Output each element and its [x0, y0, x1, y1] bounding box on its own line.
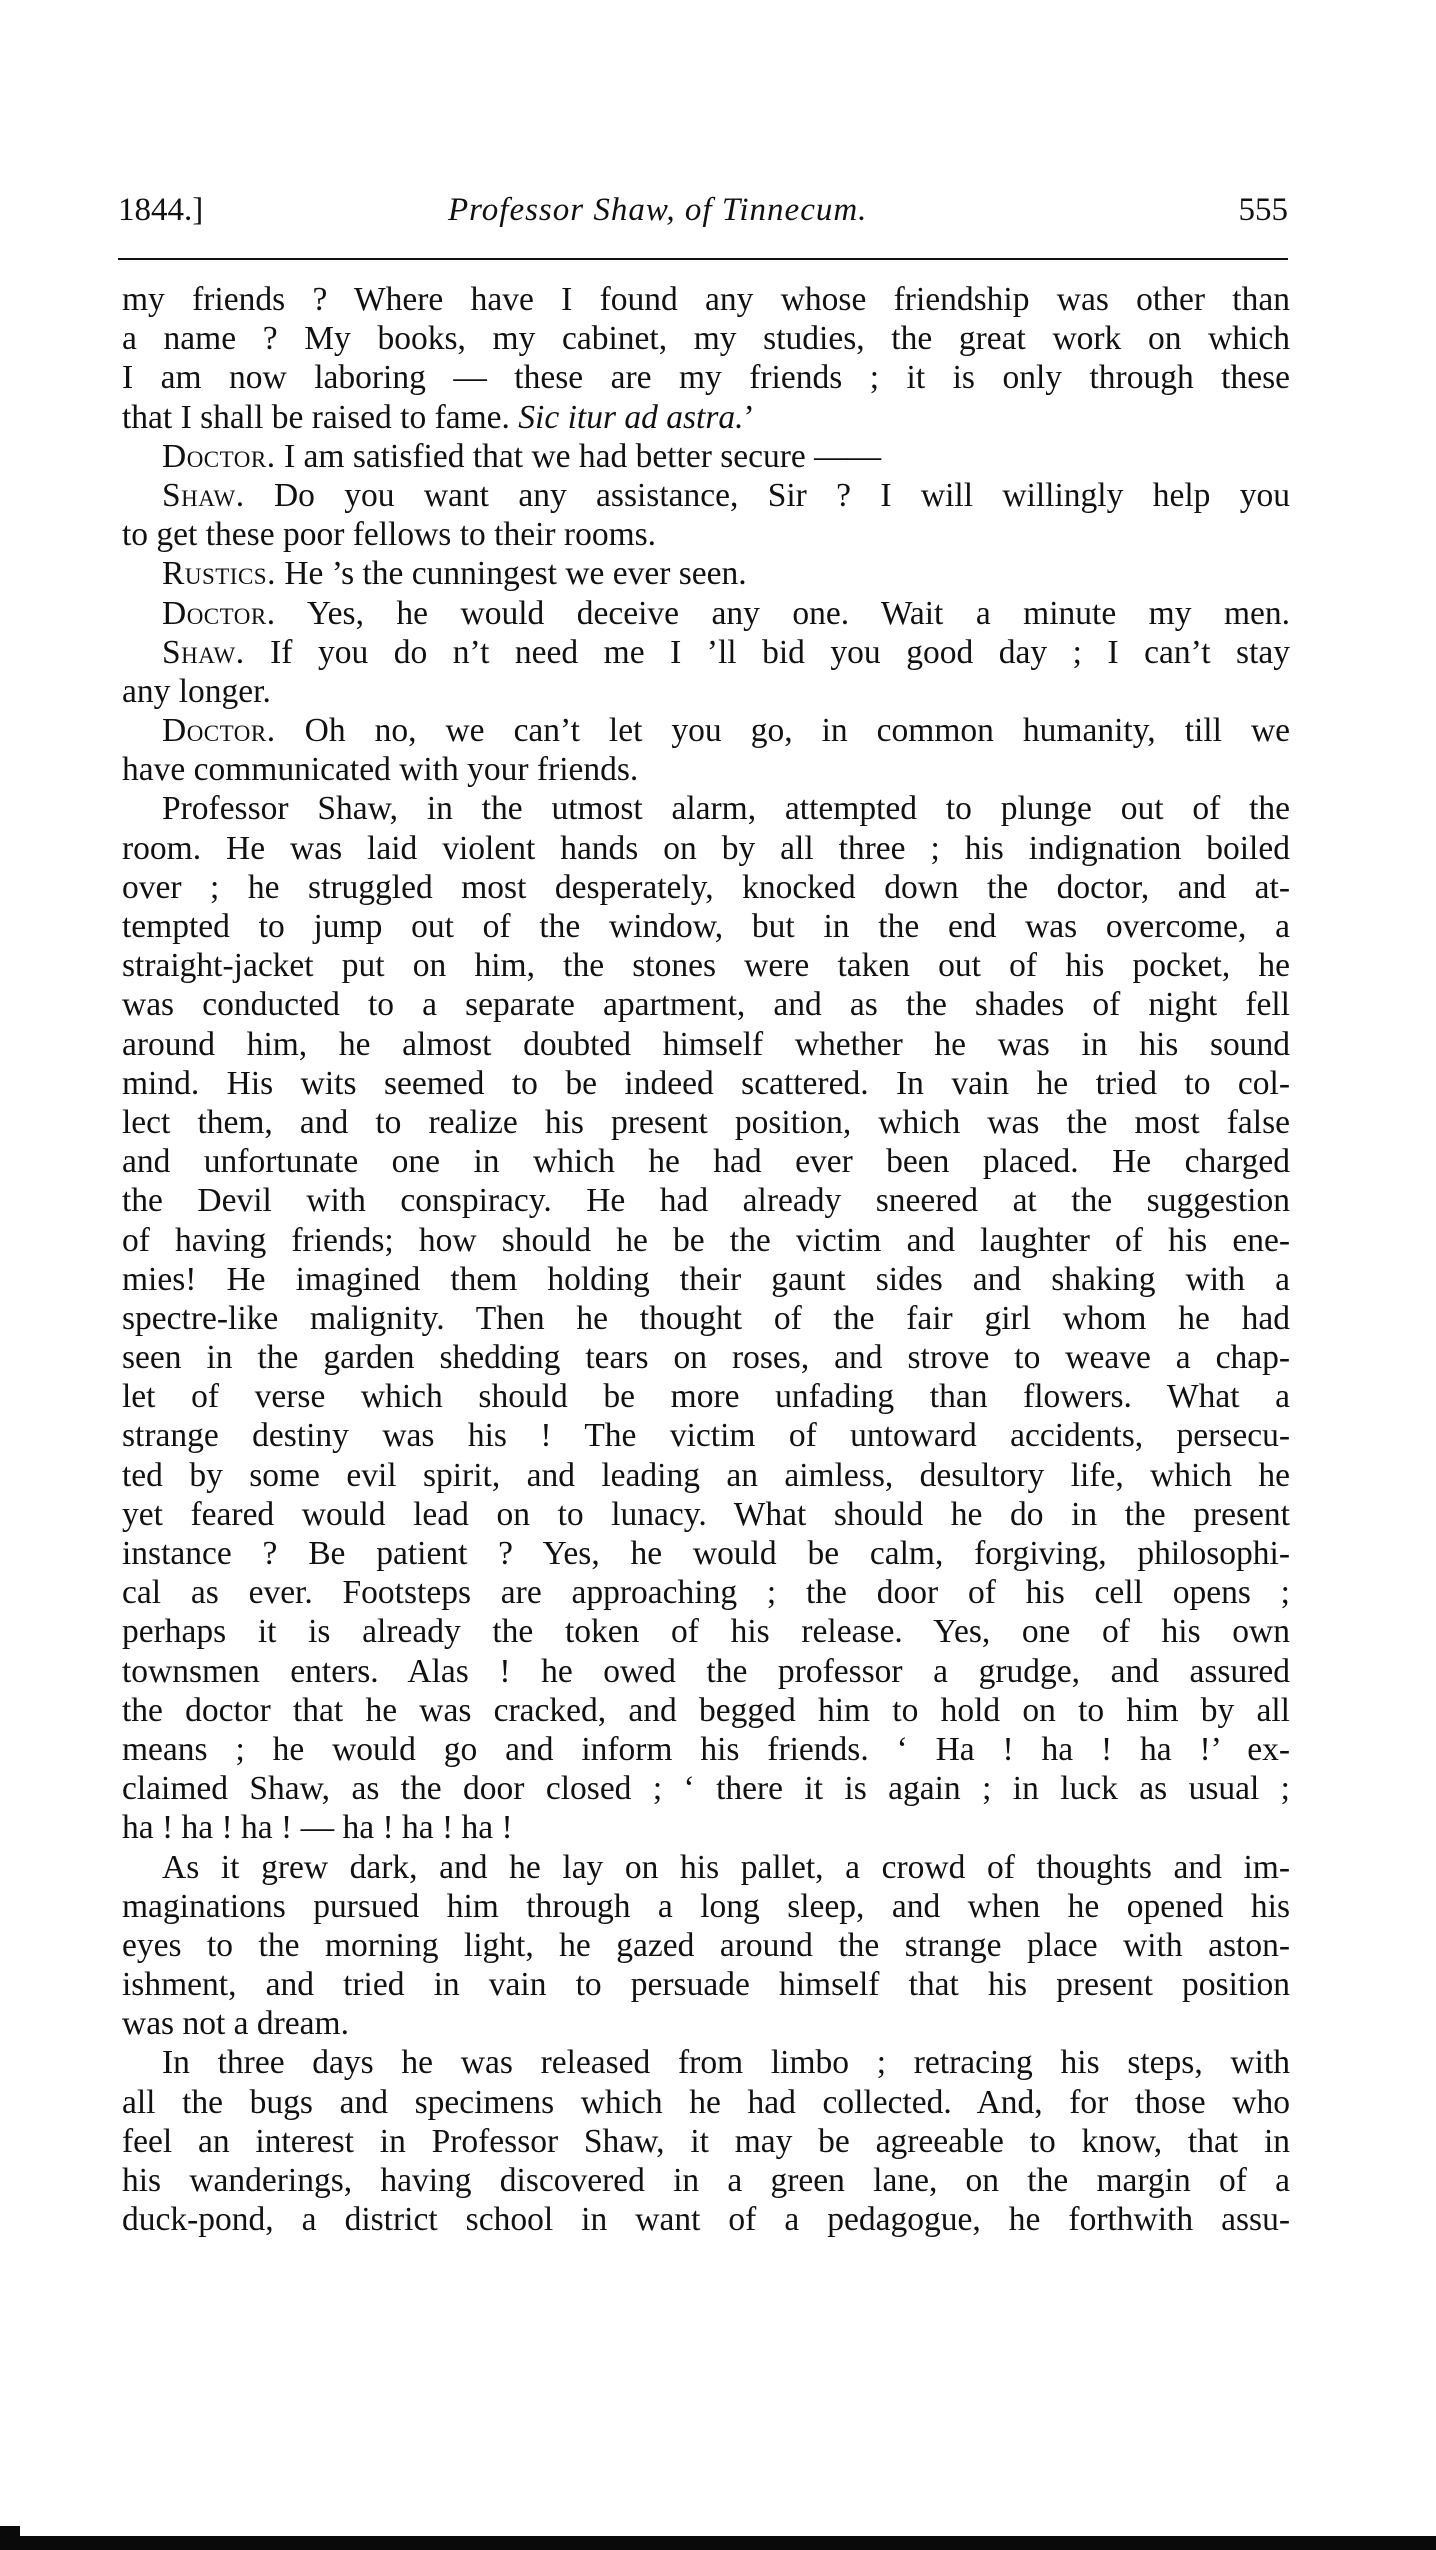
speaker-name: Doctor.	[162, 438, 276, 475]
text-line: to get these poor fellows to their rooms…	[122, 515, 1290, 554]
speaker-name: Rustics.	[162, 555, 276, 592]
text-line: spectre-like malignity. Then he thought …	[122, 1299, 1290, 1338]
line-text: instance ? Be patient ? Yes, he would be…	[122, 1535, 1290, 1572]
text-line: the Devil with conspiracy. He had alread…	[122, 1181, 1290, 1220]
line-text: all the bugs and specimens which he had …	[122, 2084, 1290, 2121]
text-line: Rustics. He ’s the cunningest we ever se…	[122, 554, 1290, 593]
line-text: a name ? My books, my cabinet, my studie…	[122, 320, 1290, 357]
text-line: my friends ? Where have I found any whos…	[122, 280, 1290, 319]
line-text: straight-jacket put on him, the stones w…	[122, 947, 1290, 984]
line-text: townsmen enters. Alas ! he owed the prof…	[122, 1653, 1290, 1690]
text-line: ted by some evil spirit, and leading an …	[122, 1456, 1290, 1495]
line-text: means ; he would go and inform his frien…	[122, 1731, 1290, 1768]
text-line: feel an interest in Professor Shaw, it m…	[122, 2122, 1290, 2161]
line-text: strange destiny was his ! The victim of …	[122, 1417, 1290, 1454]
text-line: duck-pond, a district school in want of …	[122, 2200, 1290, 2239]
running-head: 1844.] Professor Shaw, of Tinnecum. 555	[118, 190, 1288, 230]
line-text: seen in the garden shedding tears on ros…	[122, 1339, 1290, 1376]
text-line: ishment, and tried in vain to persuade h…	[122, 1965, 1290, 2004]
speaker-name: Shaw.	[162, 634, 245, 671]
line-text: Oh no, we can’t let you go, in common hu…	[276, 712, 1290, 749]
text-line: was not a dream.	[122, 2004, 1290, 2043]
line-text: In three days he was released from limbo…	[162, 2044, 1290, 2081]
line-text: ted by some evil spirit, and leading an …	[122, 1457, 1290, 1494]
line-text: have communicated with your friends.	[122, 751, 638, 788]
line-text: I am satisfied that we had better secure…	[276, 438, 882, 475]
page-bottom-edge	[0, 2536, 1436, 2550]
speaker-name: Doctor.	[162, 595, 276, 632]
line-text: I am now laboring — these are my friends…	[122, 359, 1290, 396]
text-line: Shaw. Do you want any assistance, Sir ? …	[122, 476, 1290, 515]
line-text: duck-pond, a district school in want of …	[122, 2201, 1290, 2238]
line-text: If you do n’t need me I ’ll bid you good…	[245, 634, 1290, 671]
line-text: feel an interest in Professor Shaw, it m…	[122, 2123, 1290, 2160]
line-text: As it grew dark, and he lay on his palle…	[162, 1849, 1290, 1886]
line-text: was not a dream.	[122, 2005, 349, 2042]
line-text: cal as ever. Footsteps are approaching ;…	[122, 1574, 1290, 1611]
line-text: room. He was laid violent hands on by al…	[122, 830, 1290, 867]
text-line: let of verse which should be more unfadi…	[122, 1377, 1290, 1416]
text-line: ha ! ha ! ha ! — ha ! ha ! ha !	[122, 1808, 1290, 1847]
line-text: ha ! ha ! ha ! — ha ! ha ! ha !	[122, 1809, 513, 1846]
text-line: As it grew dark, and he lay on his palle…	[122, 1848, 1290, 1887]
line-text: of having friends; how should he be the …	[122, 1222, 1290, 1259]
line-text: to get these poor fellows to their rooms…	[122, 516, 656, 553]
line-text: Yes, he would deceive any one. Wait a mi…	[276, 595, 1290, 632]
text-line: Doctor. I am satisfied that we had bette…	[122, 437, 1290, 476]
line-text: He ’s the cunningest we ever seen.	[276, 555, 747, 592]
line-text: ishment, and tried in vain to persuade h…	[122, 1966, 1290, 2003]
latin-quote: Sic itur ad astra.	[518, 399, 743, 436]
text-line: have communicated with your friends.	[122, 750, 1290, 789]
line-text: yet feared would lead on to lunacy. What…	[122, 1496, 1290, 1533]
speaker-name: Doctor.	[162, 712, 276, 749]
line-text: let of verse which should be more unfadi…	[122, 1378, 1290, 1415]
line-text: and unfortunate one in which he had ever…	[122, 1143, 1290, 1180]
body-text: my friends ? Where have I found any whos…	[122, 280, 1290, 2239]
text-line: In three days he was released from limbo…	[122, 2043, 1290, 2082]
book-page: 1844.] Professor Shaw, of Tinnecum. 555 …	[0, 0, 1436, 2550]
line-text: over ; he struggled most desperately, kn…	[122, 869, 1290, 906]
text-line: Professor Shaw, in the utmost alarm, att…	[122, 789, 1290, 828]
text-line: yet feared would lead on to lunacy. What…	[122, 1495, 1290, 1534]
line-text: lect them, and to realize his present po…	[122, 1104, 1290, 1141]
text-line: instance ? Be patient ? Yes, he would be…	[122, 1534, 1290, 1573]
line-text: the doctor that he was cracked, and begg…	[122, 1692, 1290, 1729]
line-text: spectre-like malignity. Then he thought …	[122, 1300, 1290, 1337]
line-text: my friends ? Where have I found any whos…	[122, 281, 1290, 318]
text-line: the doctor that he was cracked, and begg…	[122, 1691, 1290, 1730]
text-line: Doctor. Oh no, we can’t let you go, in c…	[122, 711, 1290, 750]
text-line: strange destiny was his ! The victim of …	[122, 1416, 1290, 1455]
line-text: around him, he almost doubted himself wh…	[122, 1026, 1290, 1063]
line-text: his wanderings, having discovered in a g…	[122, 2162, 1290, 2199]
text-line: lect them, and to realize his present po…	[122, 1103, 1290, 1142]
line-text: was conducted to a separate apartment, a…	[122, 986, 1290, 1023]
text-line: was conducted to a separate apartment, a…	[122, 985, 1290, 1024]
line-text: mies! He imagined them holding their gau…	[122, 1261, 1290, 1298]
line-text: maginations pursued him through a long s…	[122, 1888, 1290, 1925]
line-text: ’	[744, 399, 755, 436]
text-line: and unfortunate one in which he had ever…	[122, 1142, 1290, 1181]
text-line: his wanderings, having discovered in a g…	[122, 2161, 1290, 2200]
running-head-title: Professor Shaw, of Tinnecum.	[448, 190, 867, 230]
text-line: townsmen enters. Alas ! he owed the prof…	[122, 1652, 1290, 1691]
line-text: claimed Shaw, as the door closed ; ‘ the…	[122, 1770, 1290, 1807]
line-text: tempted to jump out of the window, but i…	[122, 908, 1290, 945]
text-line: Shaw. If you do n’t need me I ’ll bid yo…	[122, 633, 1290, 672]
text-line: around him, he almost doubted himself wh…	[122, 1025, 1290, 1064]
text-line: cal as ever. Footsteps are approaching ;…	[122, 1573, 1290, 1612]
text-line: that I shall be raised to fame. Sic itur…	[122, 398, 1290, 437]
line-text: Do you want any assistance, Sir ? I will…	[245, 477, 1290, 514]
text-line: tempted to jump out of the window, but i…	[122, 907, 1290, 946]
line-text: perhaps it is already the token of his r…	[122, 1613, 1290, 1650]
line-text: that I shall be raised to fame.	[122, 399, 518, 436]
text-line: claimed Shaw, as the door closed ; ‘ the…	[122, 1769, 1290, 1808]
text-line: straight-jacket put on him, the stones w…	[122, 946, 1290, 985]
speaker-name: Shaw.	[162, 477, 245, 514]
text-line: over ; he struggled most desperately, kn…	[122, 868, 1290, 907]
text-line: seen in the garden shedding tears on ros…	[122, 1338, 1290, 1377]
text-line: means ; he would go and inform his frien…	[122, 1730, 1290, 1769]
text-line: any longer.	[122, 672, 1290, 711]
text-line: all the bugs and specimens which he had …	[122, 2083, 1290, 2122]
text-line: mies! He imagined them holding their gau…	[122, 1260, 1290, 1299]
text-line: Doctor. Yes, he would deceive any one. W…	[122, 594, 1290, 633]
line-text: the Devil with conspiracy. He had alread…	[122, 1182, 1290, 1219]
text-line: eyes to the morning light, he gazed arou…	[122, 1926, 1290, 1965]
line-text: eyes to the morning light, he gazed arou…	[122, 1927, 1290, 1964]
text-line: room. He was laid violent hands on by al…	[122, 829, 1290, 868]
text-line: I am now laboring — these are my friends…	[122, 358, 1290, 397]
line-text: mind. His wits seemed to be indeed scatt…	[122, 1065, 1290, 1102]
text-line: of having friends; how should he be the …	[122, 1221, 1290, 1260]
page-number: 555	[1239, 190, 1289, 230]
text-line: perhaps it is already the token of his r…	[122, 1612, 1290, 1651]
text-line: maginations pursued him through a long s…	[122, 1887, 1290, 1926]
header-rule	[118, 258, 1288, 260]
line-text: Professor Shaw, in the utmost alarm, att…	[162, 790, 1290, 827]
text-line: mind. His wits seemed to be indeed scatt…	[122, 1064, 1290, 1103]
line-text: any longer.	[122, 673, 271, 710]
text-line: a name ? My books, my cabinet, my studie…	[122, 319, 1290, 358]
running-head-year: 1844.]	[118, 190, 203, 230]
